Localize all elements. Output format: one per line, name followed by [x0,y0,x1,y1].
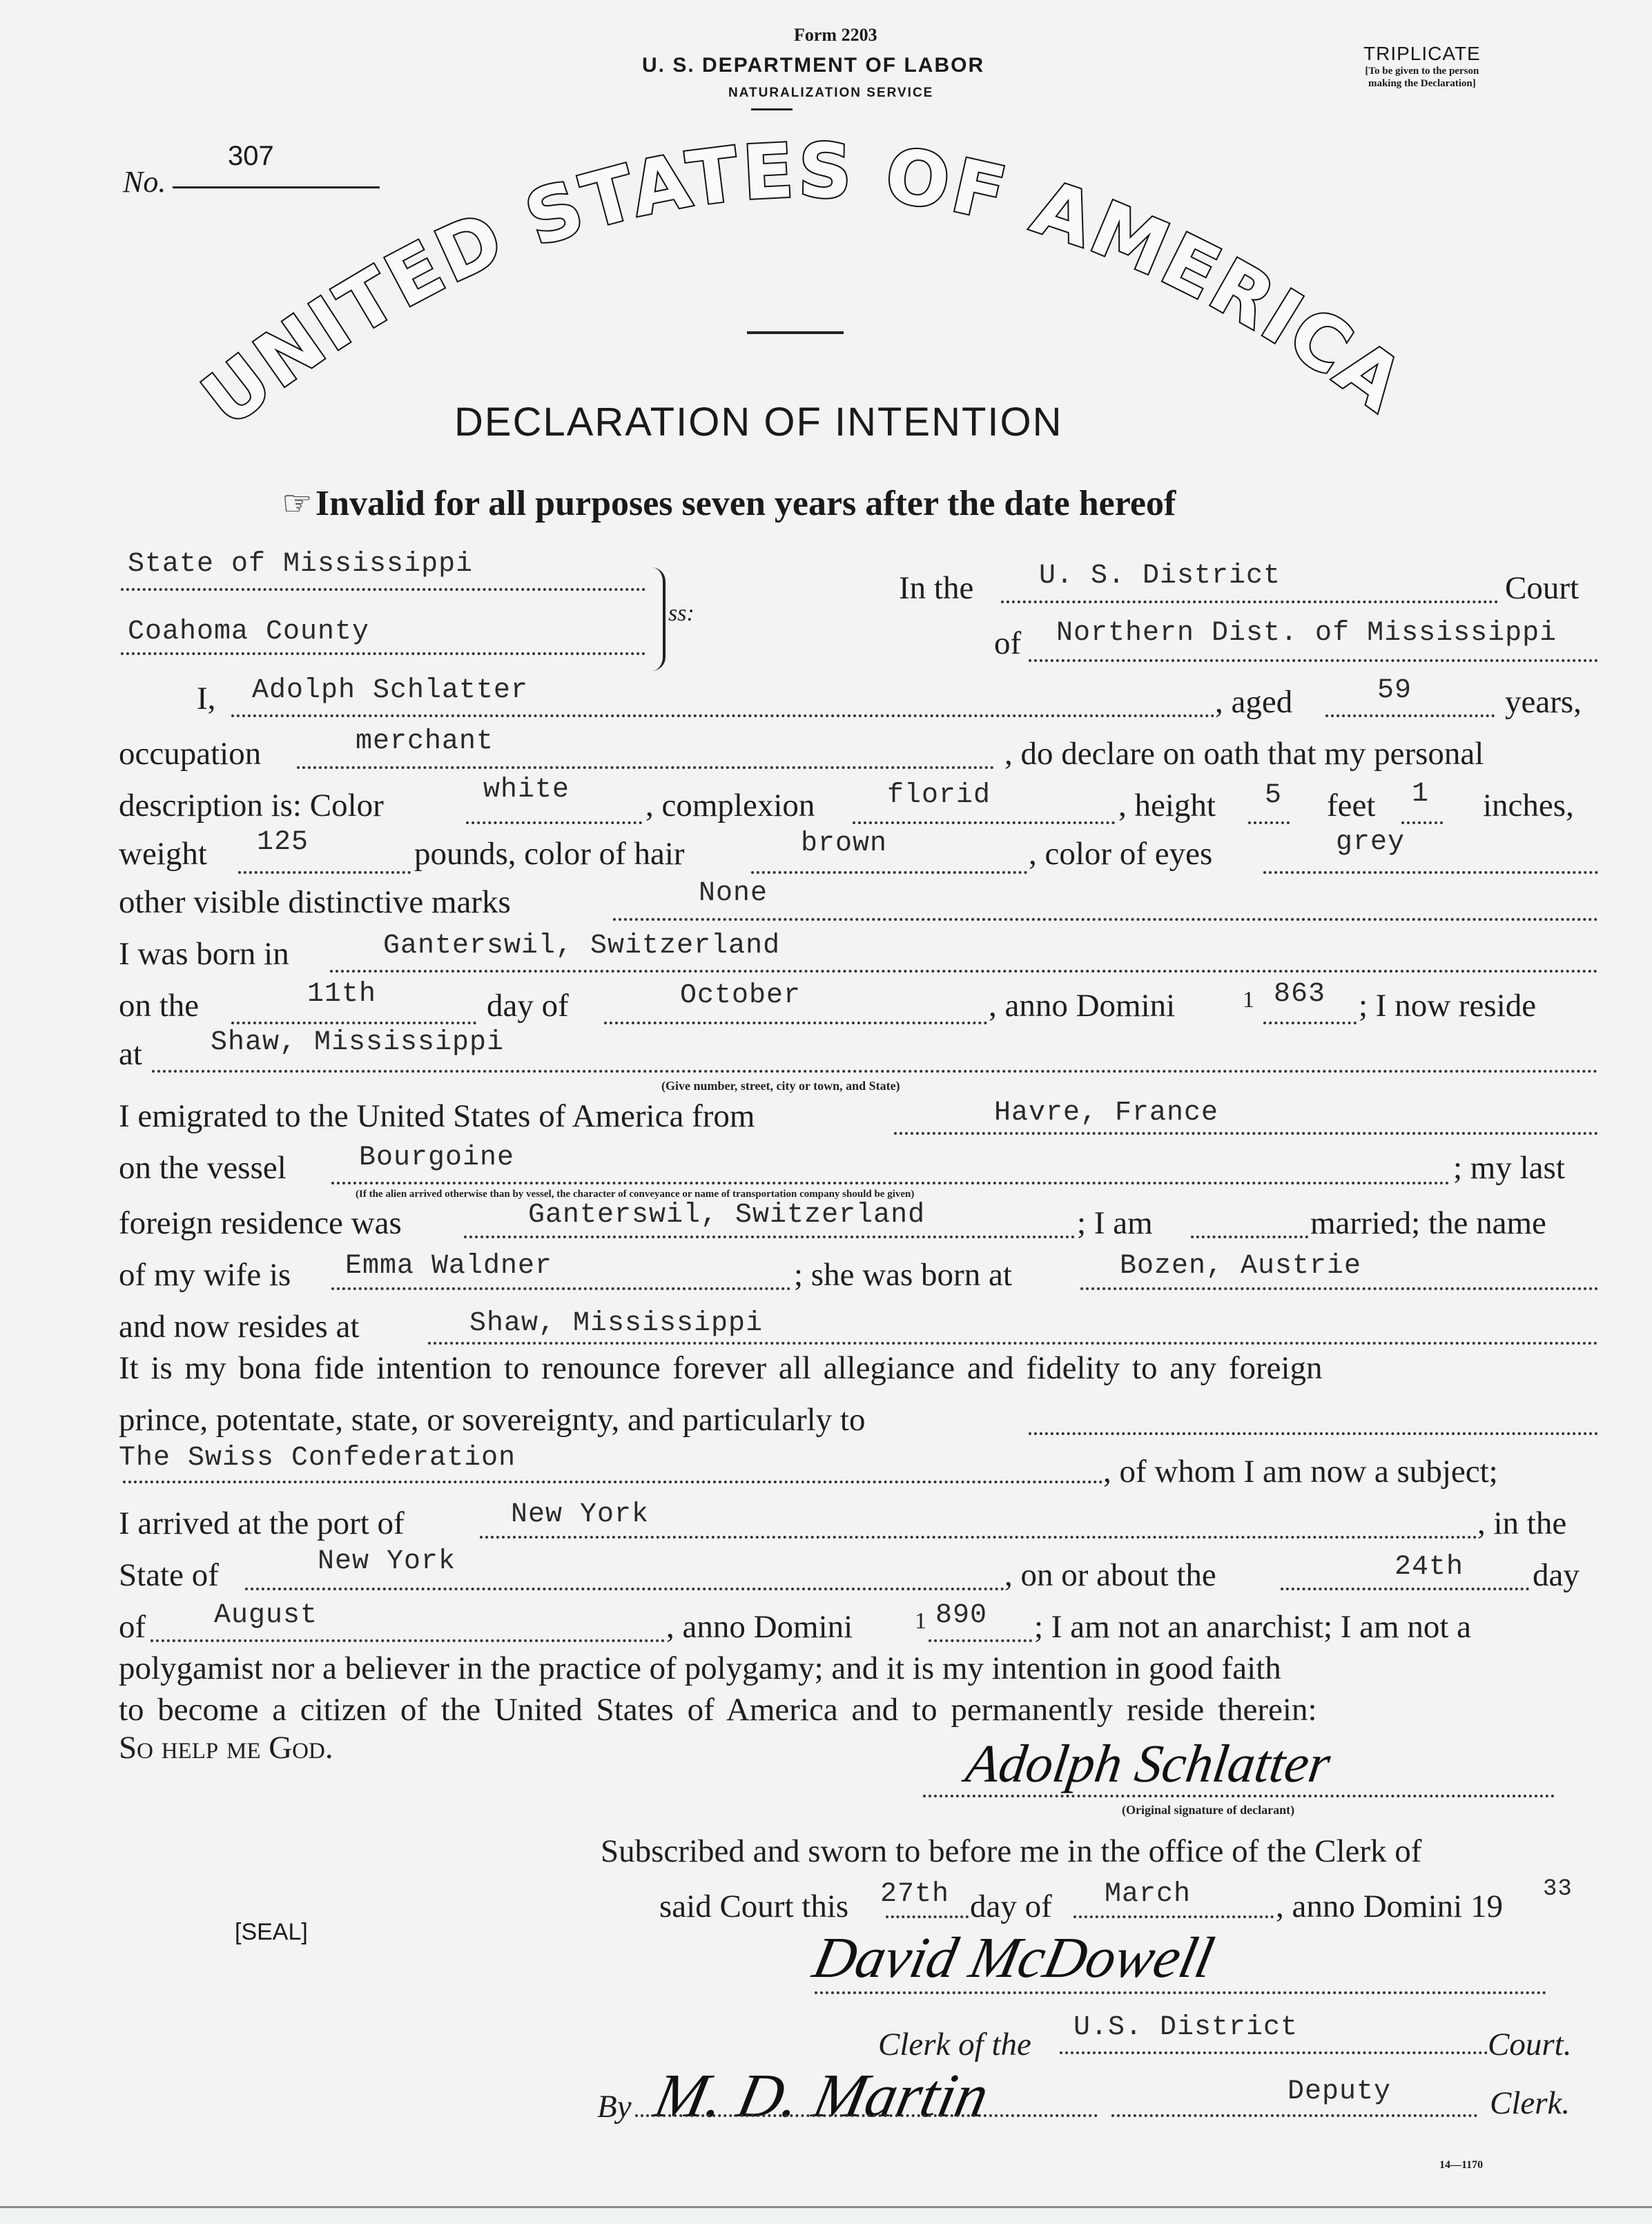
wife-label: of my wife is [119,1256,291,1294]
residence-line [152,1070,1598,1073]
state-label: State of [119,1557,219,1594]
svg-text:UNITED STATES OF AMERICA: UNITED STATES OF AMERICA [187,138,1420,443]
clerk-of-label: Clerk of the [878,2026,1031,2063]
height-inches-value: 1 [1412,779,1429,810]
vessel-hint: (If the alien arrived otherwise than by … [356,1189,914,1200]
wife-residence-value: Shaw, Mississippi [469,1308,763,1339]
venue-county-line [121,652,645,655]
declaration-document: Form 2203 U. S. DEPARTMENT OF LABOR NATU… [0,0,1652,2208]
court-value: U. S. District [1039,560,1281,592]
wife-residence-line [428,1342,1598,1345]
eyes-line [1263,871,1598,874]
birth-year-value: 863 [1274,979,1325,1010]
sworn-month-line [1073,1915,1274,1918]
i-am-label: ; I am [1077,1204,1153,1242]
occupation-value: merchant [356,726,494,757]
occupation-line [297,766,994,769]
oath-close: So help me God. [119,1729,333,1766]
sworn-year-value: 33 [1543,1876,1573,1902]
color-value: white [483,774,570,806]
port-value: New York [511,1499,649,1530]
arrival-anno-label: , anno Domini [666,1608,853,1646]
triplicate-label: TRIPLICATE [1363,43,1481,65]
age-line [1325,714,1495,717]
sworn-day-of: day of [970,1888,1052,1925]
color-line [466,821,642,824]
state-value: New York [318,1546,456,1577]
weight-line [238,871,411,874]
court-line [1001,601,1498,603]
header-rule [751,108,793,110]
marks-line [613,918,1598,921]
port-line [480,1536,1477,1539]
height-label: , height [1118,787,1216,824]
print-code: 14—1170 [1439,2159,1483,2172]
birth-year-prefix: 1 [1243,987,1254,1013]
name-line [231,714,1215,717]
wife-resides-label: and now resides at [119,1308,359,1345]
deputy-title-line [1111,2114,1477,2117]
last-label: ; my last [1453,1149,1565,1187]
allegiance-line1: It is my bona fide intention to renounce… [119,1349,1323,1387]
sworn-line1: Subscribed and sworn to before me in the… [601,1833,1421,1870]
on-the-label: on the [119,987,199,1024]
feet-label: feet [1327,787,1375,824]
clerk-dot-label: Clerk. [1490,2085,1570,2122]
wife-birthplace-line [1080,1287,1598,1290]
title-rule [747,331,844,334]
day-label: day [1533,1557,1580,1594]
deputy-title-value: Deputy [1287,2076,1391,2107]
subject-label: , of whom I am now a subject; [1103,1453,1498,1490]
clerk-court-value: U.S. District [1073,2012,1298,2043]
eyes-label: , color of eyes [1029,835,1212,872]
birth-month-line [604,1022,987,1024]
arrival-day-line [1281,1588,1529,1590]
state-line [245,1588,1004,1590]
venue-state: State of Mississippi [128,549,473,580]
venue-bracket [642,567,665,671]
pounds-label: pounds, color of hair [414,835,685,872]
residence-value: Shaw, Mississippi [211,1027,504,1058]
birth-day-line [231,1022,476,1024]
occupation-label: occupation [119,735,261,772]
hair-line [751,871,1027,874]
arrival-year-line [929,1639,1032,1642]
anarchist-text: ; I am not an anarchist; I am not a [1034,1608,1471,1646]
form-number: Form 2203 [794,25,877,46]
born-label: I was born in [119,935,289,973]
in-the-label: In the [899,569,973,607]
allegiance-line2: prince, potentate, state, or sovereignty… [119,1401,865,1438]
complexion-line [853,821,1115,824]
birthplace-line [330,970,1598,973]
sovereign-line-1 [1029,1432,1598,1435]
service-name: NATURALIZATION SERVICE [728,86,933,101]
court-label: Court [1505,569,1579,607]
venue-state-line [121,588,645,591]
deputy-signature: M. D. Martin [648,2060,995,2132]
clerk-signature: David McDowell [808,1924,1220,1991]
arrival-month-value: August [214,1600,318,1631]
birth-day-value: 11th [307,979,376,1010]
residence-hint: (Give number, street, city or town, and … [661,1079,900,1093]
deputy-signature-line [635,2114,1098,2117]
oath-line1: polygamist nor a believer in the practic… [119,1650,1281,1687]
arc-title-text: UNITED STATES OF AMERICA [187,138,1420,443]
birth-month-value: October [680,980,801,1011]
by-label: By [597,2088,632,2125]
vessel-line [331,1182,1450,1184]
birthplace-value: Ganterswil, Switzerland [383,930,780,962]
height-feet-value: 5 [1265,780,1282,811]
sworn-day-line [886,1915,969,1918]
district-value: Northern Dist. of Mississippi [1056,618,1557,649]
emigrated-label: I emigrated to the United States of Amer… [119,1098,755,1135]
wife-birthplace-value: Bozen, Austrie [1120,1251,1361,1282]
married-line [1191,1236,1308,1238]
validity-notice: ☞ Invalid for all purposes seven years a… [282,483,1176,524]
declare-text: , do declare on oath that my personal [1004,735,1484,772]
day-of-label: day of [487,987,569,1024]
seal-label: [SEAL] [235,1919,308,1946]
arrival-of-label: of [119,1608,146,1646]
arrival-month-line [150,1639,665,1642]
wife-name-value: Emma Waldner [345,1251,552,1282]
inches-line [1401,821,1443,824]
sworn-anno-label: , anno Domini 19 [1276,1888,1503,1925]
copy-label-block: TRIPLICATE [To be given to the person ma… [1363,43,1481,90]
marks-label: other visible distinctive marks [119,884,511,921]
foreign-residence-value: Ganterswil, Switzerland [528,1200,925,1231]
feet-line [1248,821,1290,824]
description-label: description is: Color [119,787,384,824]
age-value: 59 [1377,675,1412,706]
inches-label: inches, [1483,787,1574,824]
weight-label: weight [119,835,207,872]
at-label: at [119,1035,142,1073]
clerk-court-line [1060,2051,1488,2054]
ss-label: ss: [668,601,694,627]
court-dot-label: Court. [1488,2026,1571,2063]
port-in-the-label: , in the [1477,1505,1566,1542]
of-label: of [994,625,1021,662]
sworn-day-value: 27th [880,1879,949,1910]
declarant-caption: (Original signature of declarant) [1122,1803,1294,1817]
clerk-signature-line [815,1991,1546,1994]
port-label: I arrived at the port of [119,1505,405,1542]
arrival-year-value: 890 [935,1600,987,1631]
district-line [1029,659,1598,662]
wife-name-line [331,1287,790,1290]
married-label: married; the name [1310,1204,1546,1242]
arrival-year-prefix: 1 [915,1608,926,1635]
document-title: DECLARATION OF INTENTION [454,399,1063,445]
pointing-hand-icon: ☞ [282,484,313,523]
hair-value: brown [801,828,887,859]
eyes-value: grey [1336,827,1405,858]
copy-note-line2: making the Declaration] [1363,77,1481,90]
birth-anno-label: , anno Domini [989,987,1175,1024]
emigrated-from-value: Havre, France [994,1098,1218,1129]
vessel-value: Bourgoine [359,1142,514,1173]
emigrated-from-line [894,1132,1598,1135]
complexion-label: , complexion [645,787,815,824]
declarant-signature: Adolph Schlatter [962,1733,1334,1795]
reside-label: ; I now reside [1359,987,1536,1024]
weight-value: 125 [257,827,309,858]
validity-text: Invalid for all purposes seven years aft… [315,484,1176,523]
birth-year-line [1263,1022,1357,1024]
department-name: U. S. DEPARTMENT OF LABOR [642,54,984,77]
venue-county: Coahoma County [128,616,369,647]
wife-born-label: ; she was born at [794,1256,1012,1294]
years-label: years, [1505,683,1582,721]
foreign-residence-label: foreign residence was [119,1204,402,1242]
i-label: I, [197,680,215,717]
foreign-residence-line [464,1236,1075,1238]
sworn-month-value: March [1105,1879,1191,1910]
declarant-name: Adolph Schlatter [252,675,528,706]
declarant-signature-line [923,1795,1555,1797]
sworn-prefix: said Court this [659,1888,848,1925]
complexion-value: florid [887,780,991,811]
copy-note-line1: [To be given to the person [1363,65,1481,77]
marks-value: None [699,878,768,909]
vessel-label: on the vessel [119,1149,286,1187]
sovereign-value: The Swiss Confederation [119,1443,516,1474]
number-label: No. [123,164,166,199]
aged-label: , aged [1215,683,1292,721]
sovereign-line-2 [123,1481,1103,1483]
arrival-day-value: 24th [1395,1552,1464,1583]
oath-line2: to become a citizen of the United States… [119,1691,1317,1728]
about-label: , on or about the [1004,1557,1216,1594]
